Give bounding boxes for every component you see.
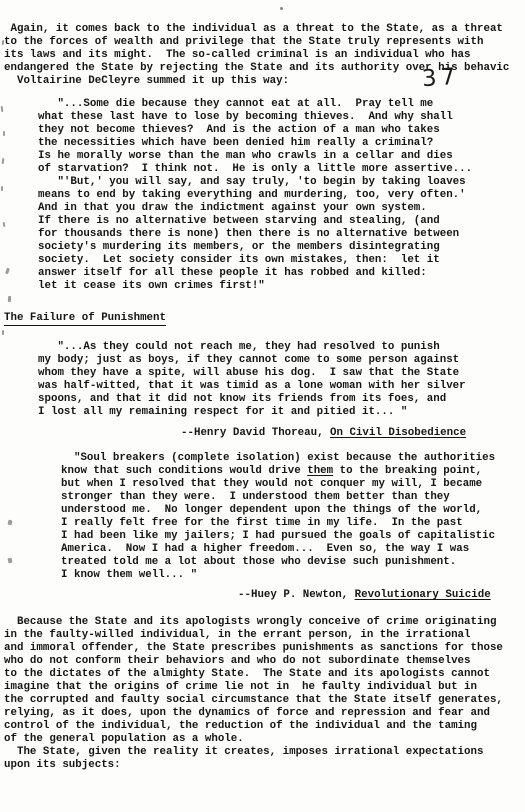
- newton-attribution: --Huey P. Newton, Revolutionary Suicide: [238, 589, 525, 602]
- scan-artifact: [1, 186, 3, 191]
- newton-attribution-name: --Huey P. Newton,: [238, 589, 355, 601]
- thoreau-quote: "...As they could not reach me, they had…: [38, 341, 525, 419]
- scan-artifact: [8, 558, 13, 564]
- body-paragraph: Because the State and its apologists wro…: [4, 616, 525, 746]
- thoreau-attribution: --Henry David Thoreau, On Civil Disobedi…: [181, 427, 525, 440]
- thoreau-book-title: On Civil Disobedience: [330, 427, 466, 439]
- scan-artifact: [7, 520, 12, 526]
- thoreau-attribution-name: --Henry David Thoreau,: [181, 427, 330, 439]
- newton-quote-part-2: to the breaking point, but when I resolv…: [61, 465, 495, 581]
- body-paragraph: The State, given the reality it creates,…: [4, 746, 525, 772]
- scanned-document-page: 37 Again, it comes back to the individua…: [0, 0, 525, 812]
- scan-artifact: [1, 106, 4, 112]
- newton-book-title: Revolutionary Suicide: [355, 589, 491, 601]
- scan-artifact: [5, 268, 10, 275]
- scan-artifact: [3, 222, 6, 227]
- section-heading: The Failure of Punishment: [4, 312, 525, 326]
- scan-artifact: [2, 158, 5, 164]
- scan-artifact: [280, 7, 283, 10]
- scan-artifact: [3, 131, 5, 136]
- scan-artifact: [2, 330, 4, 335]
- scan-artifact: [8, 296, 11, 302]
- section-heading-text: The Failure of Punishment: [4, 312, 166, 326]
- handwritten-page-number: 37: [422, 71, 460, 87]
- newton-quote-emphasized-word: them: [307, 465, 333, 477]
- decleyre-quote: "...Some die because they cannot eat at …: [38, 98, 525, 293]
- newton-quote: "Soul breakers (complete isolation) exis…: [61, 452, 525, 582]
